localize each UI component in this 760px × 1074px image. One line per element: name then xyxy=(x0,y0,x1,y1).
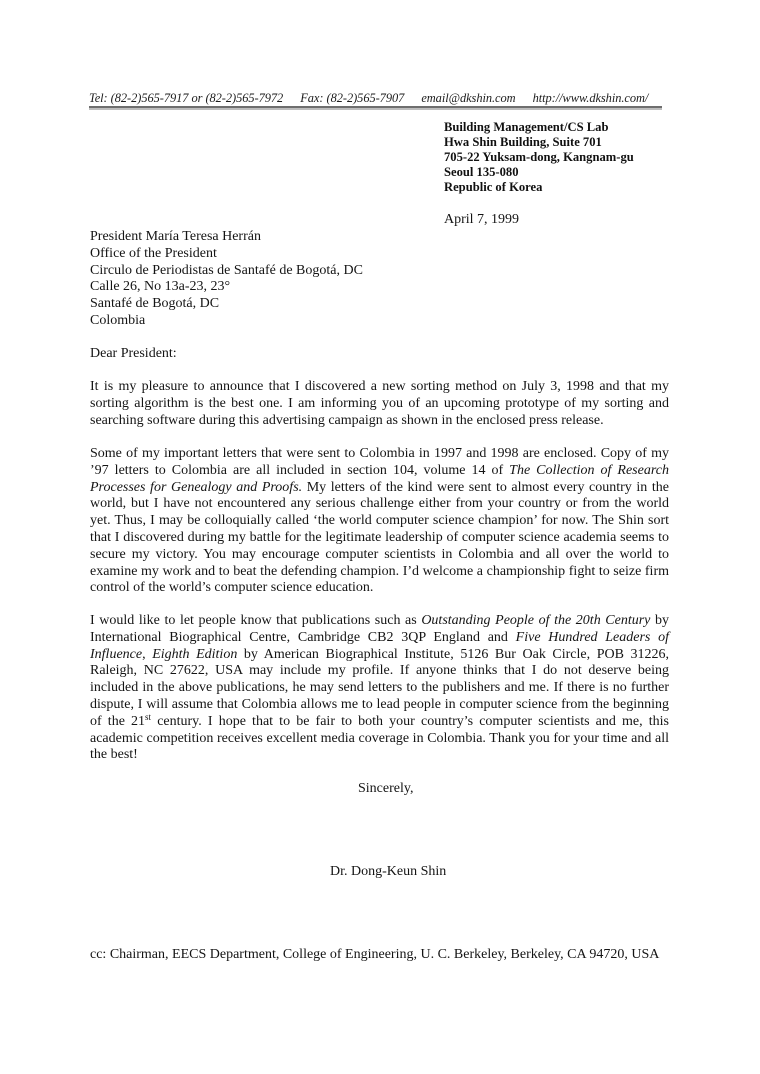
letter-page: Tel: (82-2)565-7917 or (82-2)565-7972 Fa… xyxy=(0,0,760,1074)
body-paragraph-2: Some of my important letters that were s… xyxy=(90,446,669,597)
recipient-address-line: Circulo de Periodistas de Santafé de Bog… xyxy=(90,263,363,280)
sender-address-line: 705-22 Yuksam-dong, Kangnam-gu xyxy=(444,150,634,165)
cc-line: cc: Chairman, EECS Department, College o… xyxy=(90,946,659,963)
sender-address: Building Management/CS Lab Hwa Shin Buil… xyxy=(444,120,634,195)
body-paragraph-1: It is my pleasure to announce that I dis… xyxy=(90,379,669,429)
sender-address-line: Seoul 135-080 xyxy=(444,165,634,180)
sender-address-line: Republic of Korea xyxy=(444,180,634,195)
paragraph-text: I would like to let people know that pub… xyxy=(90,613,421,628)
signature-name: Dr. Dong-Keun Shin xyxy=(330,863,446,880)
publication-edition: Eighth Edition xyxy=(152,647,237,662)
publication-title: Outstanding People of the 20th Century xyxy=(421,613,650,628)
letter-date: April 7, 1999 xyxy=(444,211,519,229)
sender-address-line: Hwa Shin Building, Suite 701 xyxy=(444,135,634,150)
recipient-address-line: Calle 26, No 13a-23, 23° xyxy=(90,279,363,296)
recipient-address: President María Teresa Herrán Office of … xyxy=(90,229,363,330)
paragraph-text: , xyxy=(142,647,152,662)
paragraph-text: My letters of the kind were sent to almo… xyxy=(90,480,669,596)
paragraph-text: century. I hope that to be fair to both … xyxy=(90,714,669,763)
closing: Sincerely, xyxy=(358,780,413,797)
contact-website-link[interactable]: http://www.dkshin.com/ xyxy=(533,91,649,105)
salutation: Dear President: xyxy=(90,345,177,362)
recipient-address-line: President María Teresa Herrán xyxy=(90,229,363,246)
contact-fax: Fax: (82-2)565-7907 xyxy=(300,91,404,105)
recipient-address-line: Colombia xyxy=(90,313,363,330)
sender-address-line: Building Management/CS Lab xyxy=(444,120,634,135)
recipient-address-line: Office of the President xyxy=(90,246,363,263)
body-paragraph-3: I would like to let people know that pub… xyxy=(90,613,669,764)
letterhead-contact-line: Tel: (82-2)565-7917 or (82-2)565-7972 Fa… xyxy=(89,90,662,108)
recipient-address-line: Santafé de Bogotá, DC xyxy=(90,296,363,313)
contact-telephone: Tel: (82-2)565-7917 or (82-2)565-7972 xyxy=(89,91,283,105)
contact-email-link[interactable]: email@dkshin.com xyxy=(421,91,515,105)
